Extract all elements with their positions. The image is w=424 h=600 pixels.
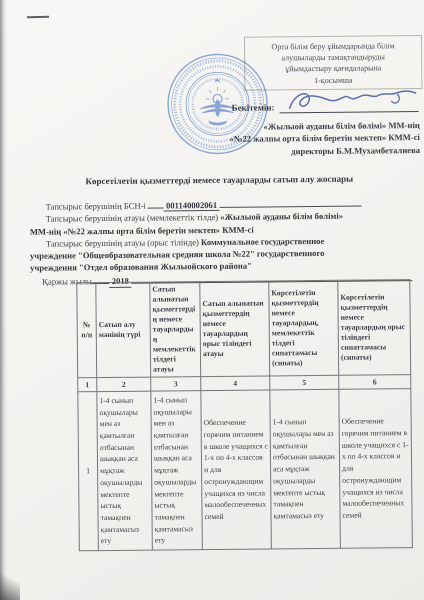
name-kk-label: Тапсырыс берушінің атауы (мемлекеттік ті… <box>46 212 219 224</box>
blank-line <box>219 198 361 208</box>
signature-scribble <box>285 83 420 116</box>
appendix-reference-box: Орта білім беру ұйымдарында білім алушыл… <box>244 35 423 91</box>
column-number: 4 <box>201 376 270 391</box>
column-number: 1 <box>78 378 97 392</box>
bsn-value: 001140002061 <box>164 200 219 212</box>
table-header-row: № п/п Сатып алу мәнінің түрі Сатып алына… <box>77 280 411 378</box>
service-name-ru-cell: Обеспечение горячим питанием в школе уча… <box>201 390 272 550</box>
customer-details: Тапсырыс берушінің БСН-і 001140002061 Та… <box>29 197 412 289</box>
scanned-document-page: Орта білім беру ұйымдарында білім алушыл… <box>0 0 424 600</box>
procurement-plan-table: № п/п Сатып алу мәнінің түрі Сатып алына… <box>76 279 413 551</box>
service-name-kk-cell: 1-4 сынып оқушылары мен аз қамтылған отб… <box>151 391 203 550</box>
description-kk-cell: 1-4 сынып оқушылары мен аз қамтылған отб… <box>270 389 341 549</box>
row-number-cell: 1 <box>78 392 99 551</box>
round-seal-stamp <box>165 51 270 156</box>
column-number: 2 <box>97 377 151 392</box>
name-ru-label: Тапсырыс берушінің атауы (орыс тілінде) <box>46 237 199 248</box>
name-ru-value: Коммунальное государственное <box>201 236 324 247</box>
header-cell: Сатып алу мәнінің түрі <box>96 282 151 378</box>
appendix-line: Орта білім беру ұйымдарында білім <box>247 40 419 53</box>
description-ru-cell: Обеспечение горячим питанием в школе уча… <box>339 389 413 549</box>
scan-left-edge <box>0 0 7 600</box>
header-cell: Сатып алынатын қызметтердің немесе тауар… <box>150 282 201 377</box>
header-cell: Көрсетілетін қызметтердің немесе тауарла… <box>269 280 339 376</box>
scan-corner-shadow <box>0 570 20 600</box>
scan-content: Орта білім беру ұйымдарында білім алушыл… <box>0 0 424 600</box>
header-cell: № п/п <box>77 283 97 378</box>
column-number: 3 <box>151 377 201 391</box>
bsn-label: Тапсырыс берушінің БСН-і <box>46 201 146 212</box>
scan-top-dash-mark <box>27 16 49 18</box>
name-kk-value: «Жылыой ауданы білім бөлімі» <box>220 211 343 222</box>
blank-line <box>148 199 164 208</box>
column-number: 5 <box>270 375 339 390</box>
table-row: 1 1-4 сынып оқушылары мен аз қамтылған о… <box>78 389 413 551</box>
column-number: 6 <box>339 375 411 390</box>
header-cell: Сатып алынатын қызметтердің немесе тауар… <box>200 281 270 377</box>
kazakhstan-emblem <box>199 78 235 125</box>
item-name-kk-cell: 1-4 сынып оқушылары мен аз қамтылған отб… <box>97 391 153 551</box>
document-title: Көрсетілетін қызметтерді немесе тауарлар… <box>29 173 409 187</box>
header-cell: Көрсетілетін қызметтердің немесе тауарла… <box>338 280 411 376</box>
